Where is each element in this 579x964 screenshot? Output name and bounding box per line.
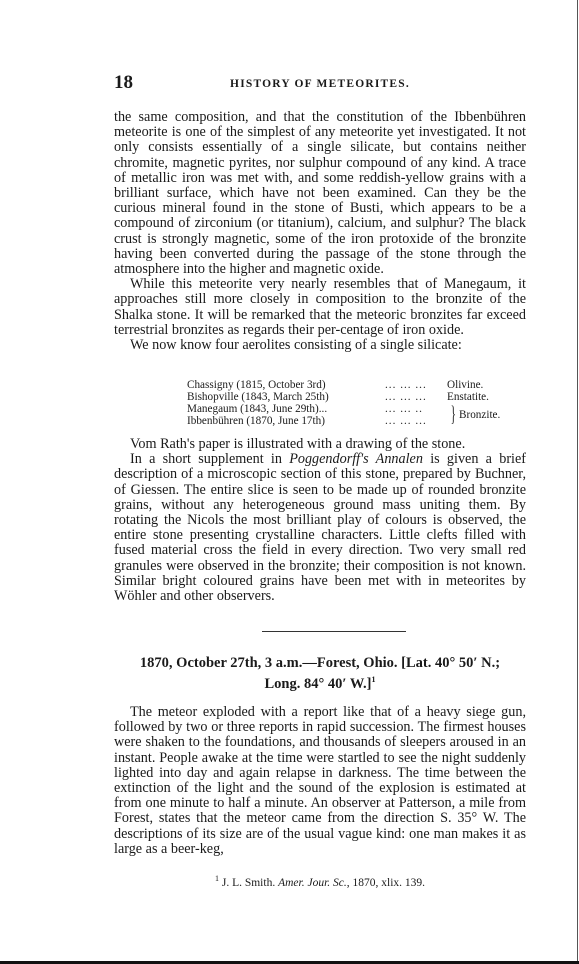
brace-icon: }	[451, 403, 456, 425]
body-block-2: Vom Rath's paper is illustrated with a d…	[114, 437, 526, 604]
text-run: is given a brief description of a micros…	[114, 451, 526, 604]
aerolite-name: Chassigny (1815, October 3rd)	[187, 379, 385, 391]
grouped-mineral-name: Bronzite.	[459, 409, 500, 421]
silicate-table: Chassigny (1815, October 3rd) ... ... ..…	[187, 379, 517, 427]
mineral-name: Olivine.	[447, 379, 483, 391]
footnote-journal: Amer. Jour. Sc.	[278, 877, 347, 889]
paragraph-manegaum-comparison: While this meteorite very nearly resembl…	[114, 277, 526, 338]
body-block-3: The meteor exploded with a report like t…	[114, 705, 526, 857]
footnote-author: J. L. Smith.	[222, 877, 275, 889]
table-row: Bishopville (1843, March 25th) ... ... .…	[187, 391, 517, 403]
leader-dots: ... ... ...	[385, 415, 447, 427]
running-head: 18 HISTORY OF METEORITES.	[114, 72, 526, 92]
heading-line-1: 1870, October 27th, 3 a.m.—Forest, Ohio.…	[114, 653, 526, 674]
body-block-1: the same composition, and that the const…	[114, 110, 526, 353]
paragraph-microscopic-section: In a short supplement in Poggendorff's A…	[114, 452, 526, 604]
footnote-reference[interactable]: 1	[371, 675, 375, 684]
leader-dots: ... ... ...	[385, 391, 447, 403]
aerolite-name: Manegaum (1843, June 29th)...	[187, 403, 385, 415]
paragraph-aerolites-intro: We now know four aerolites consisting of…	[114, 338, 526, 353]
paragraph-continuation: the same composition, and that the const…	[114, 110, 526, 277]
leader-dots: ... ... ...	[385, 379, 447, 391]
heading-line-2: Long. 84° 40′ W.]1	[114, 674, 526, 695]
running-title: HISTORY OF METEORITES.	[114, 78, 526, 90]
text-run: In a short supplement in	[130, 451, 289, 467]
aerolite-name: Ibbenbühren (1870, June 17th)	[187, 415, 385, 427]
footnote: 1 J. L. Smith. Amer. Jour. Sc., 1870, xl…	[114, 877, 526, 889]
footnote-marker: 1	[215, 874, 219, 883]
section-divider	[262, 631, 406, 632]
leader-dots: ... ... ..	[385, 403, 447, 415]
page-edge-right	[577, 0, 578, 964]
aerolite-name: Bishopville (1843, March 25th)	[187, 391, 385, 403]
section-heading: 1870, October 27th, 3 a.m.—Forest, Ohio.…	[114, 653, 526, 695]
paragraph-vom-rath: Vom Rath's paper is illustrated with a d…	[114, 437, 526, 452]
footnote-citation: , 1870, xlix. 139.	[347, 877, 425, 889]
table-row: Chassigny (1815, October 3rd) ... ... ..…	[187, 379, 517, 391]
journal-title-italic: Poggendorff's Annalen	[289, 451, 423, 467]
heading-text: Long. 84° 40′ W.]	[265, 676, 372, 692]
paragraph-forest-meteor: The meteor exploded with a report like t…	[114, 705, 526, 857]
